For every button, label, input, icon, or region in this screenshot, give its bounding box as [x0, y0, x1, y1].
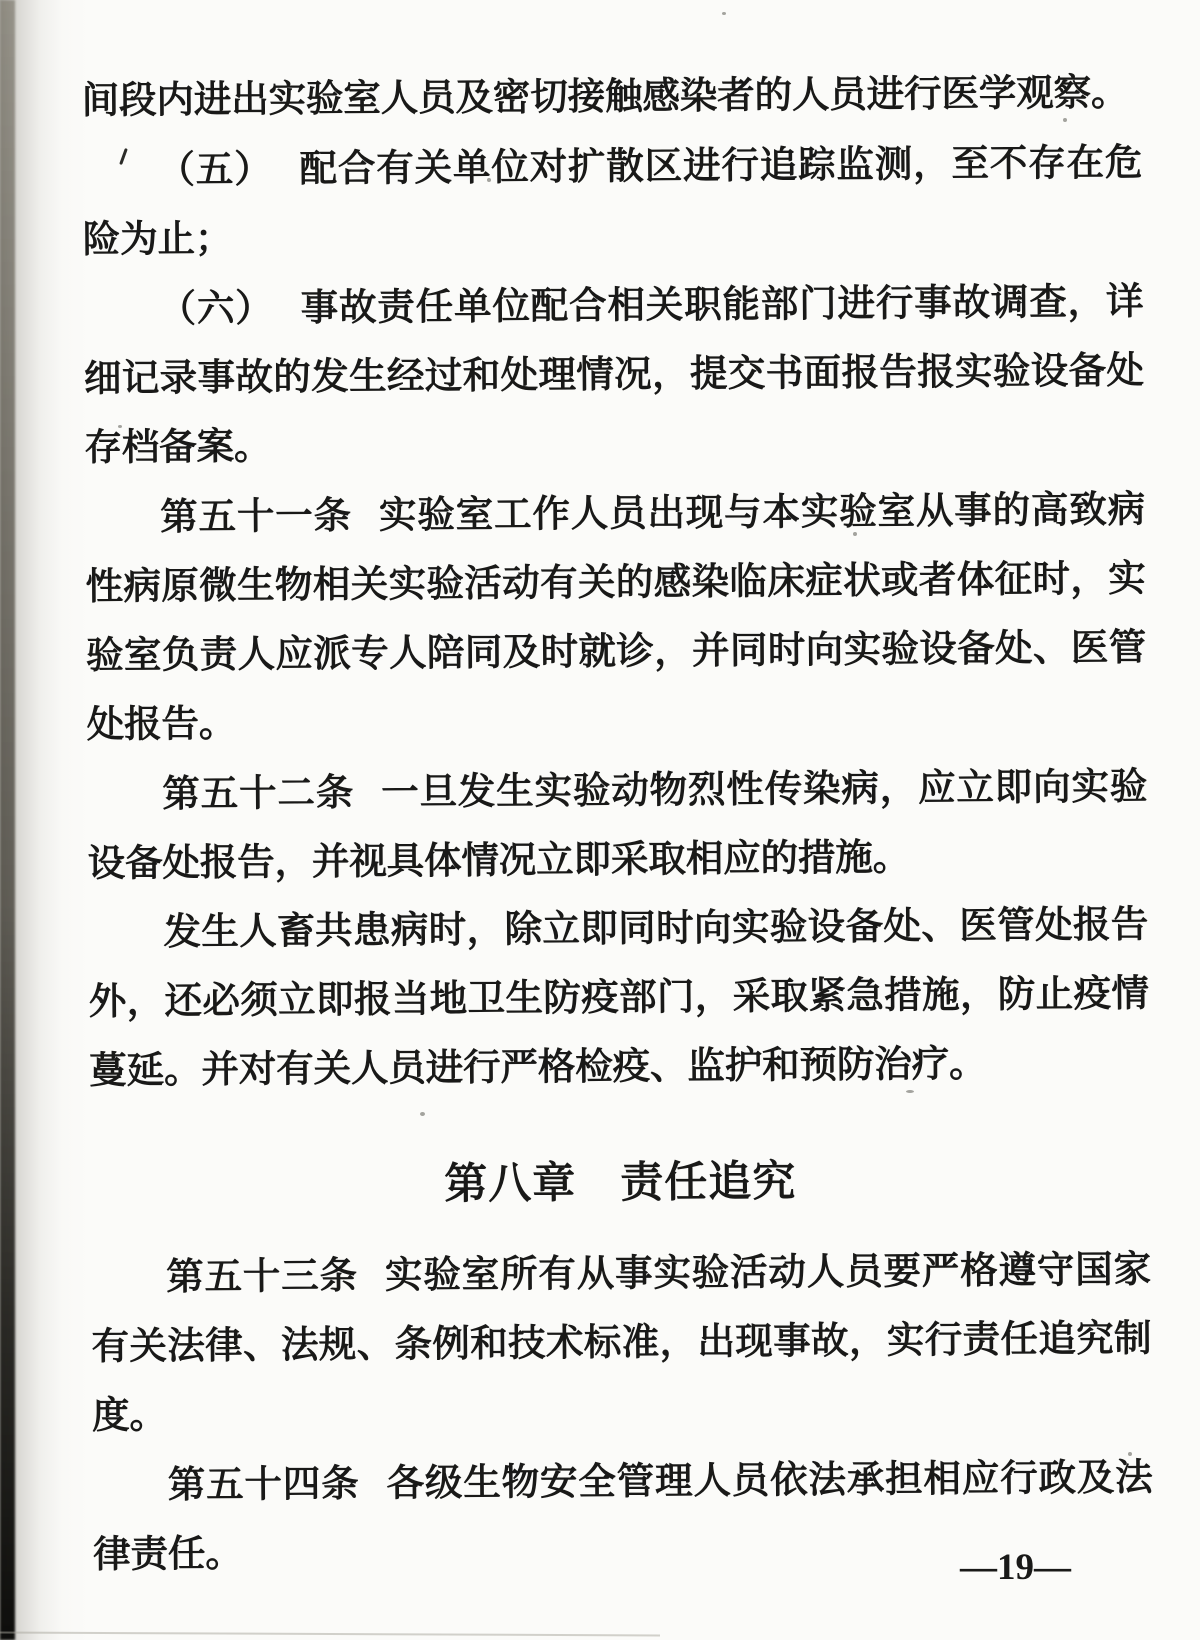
clause-label: （五）: [157, 148, 272, 191]
scan-binding-edge: [0, 0, 15, 1640]
article-label: 第五十二条: [162, 771, 354, 815]
article-label: 第五十三条: [166, 1254, 358, 1298]
paragraph-clause-6: （六）事故责任单位配合相关职能部门进行事故调查，详细记录事故的发生经过和处理情况…: [83, 267, 1145, 483]
scan-bottom-edge-line: [0, 1632, 660, 1637]
article-label: 第五十一条: [160, 494, 352, 538]
page-number: —19—: [960, 1546, 1071, 1589]
article-label: 第五十四条: [168, 1462, 360, 1506]
paragraph-clause-5: （五）配合有关单位对扩散区进行追踪监测，至不存在危险为止；: [82, 128, 1143, 275]
paragraph-article-51: 第五十一条实验室工作人员出现与本实验室从事的高致病性病原微生物相关实验活动有关的…: [85, 475, 1147, 760]
paragraph-text: 间段内进出实验室人员及密切接触感染者的人员进行医学观察。: [82, 73, 1129, 122]
paragraph-text: 发生人畜共患病时，除立即同时向实验设备处、医管处报告外，还必须立即报当地卫生防疫…: [89, 905, 1149, 1092]
paragraph-article-52: 第五十二条一旦发生实验动物烈性传染病，应立即向实验设备处报告，并视具体情况立即采…: [87, 752, 1148, 899]
document-text-block: 间段内进出实验室人员及密切接触感染者的人员进行医学观察。 （五）配合有关单位对扩…: [81, 59, 1153, 1590]
scan-speck: [722, 12, 726, 15]
chapter-heading: 第八章 责任追究: [90, 1149, 1150, 1217]
document-page: 间段内进出实验室人员及密切接触感染者的人员进行医学观察。 （五）配合有关单位对扩…: [0, 0, 1200, 1640]
paragraph-zoonosis: 发生人畜共患病时，除立即同时向实验设备处、医管处报告外，还必须立即报当地卫生防疫…: [88, 891, 1150, 1106]
paragraph-continuation: 间段内进出实验室人员及密切接触感染者的人员进行医学观察。: [81, 59, 1142, 136]
clause-label: （六）: [158, 287, 273, 330]
paragraph-article-53: 第五十三条实验室所有从事实验活动人员要严格遵守国家有关法律、法规、条例和技术标准…: [91, 1235, 1153, 1451]
